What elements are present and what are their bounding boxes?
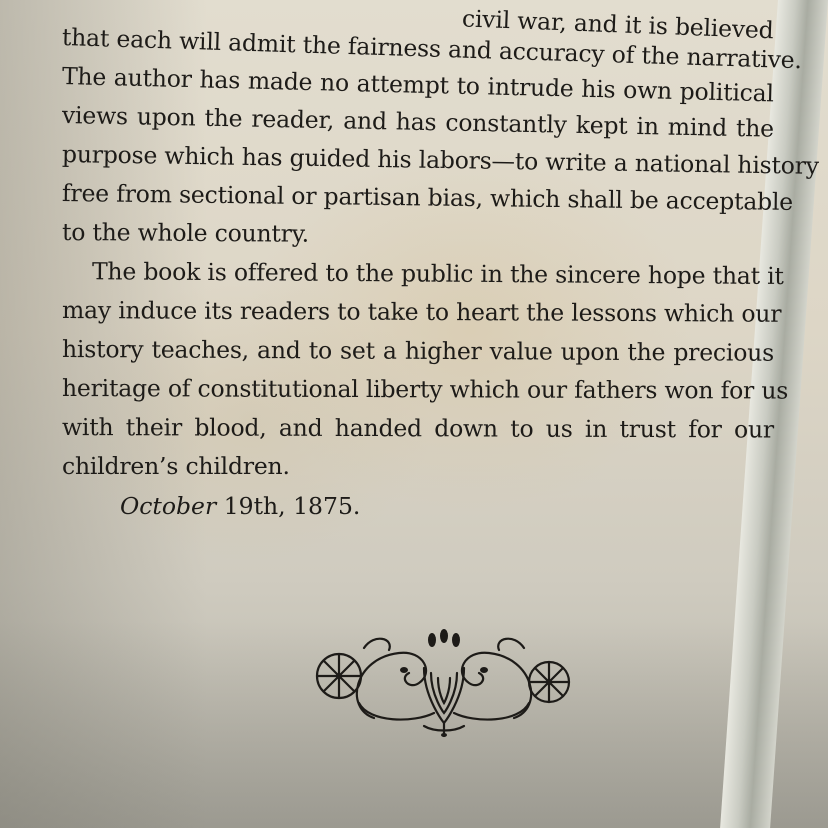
- preface-text: civil war, and it is believed that each …: [62, 0, 774, 486]
- floral-scroll-tailpiece-icon: [304, 628, 584, 738]
- paragraph-2: The book is offered to the public in the…: [62, 252, 774, 486]
- text-line: The book is offered to the public in the…: [62, 252, 774, 296]
- text-line: may induce its readers to take to heart …: [62, 291, 774, 334]
- book-page: civil war, and it is believed that each …: [0, 0, 828, 828]
- text-line: heritage of constitutional liberty which…: [62, 369, 774, 410]
- date-day-year: 19th, 1875.: [224, 492, 361, 520]
- text-line: history teaches, and to set a higher val…: [62, 330, 774, 373]
- date-month: October: [120, 492, 216, 520]
- paragraph-1: civil war, and it is believed that each …: [62, 0, 774, 252]
- text-line: with their blood, and handed down to us …: [62, 408, 774, 449]
- text-line: children’s children.: [62, 447, 774, 486]
- text-line: to the whole country.: [62, 213, 774, 257]
- signoff-date: October 19th, 1875.: [120, 492, 360, 520]
